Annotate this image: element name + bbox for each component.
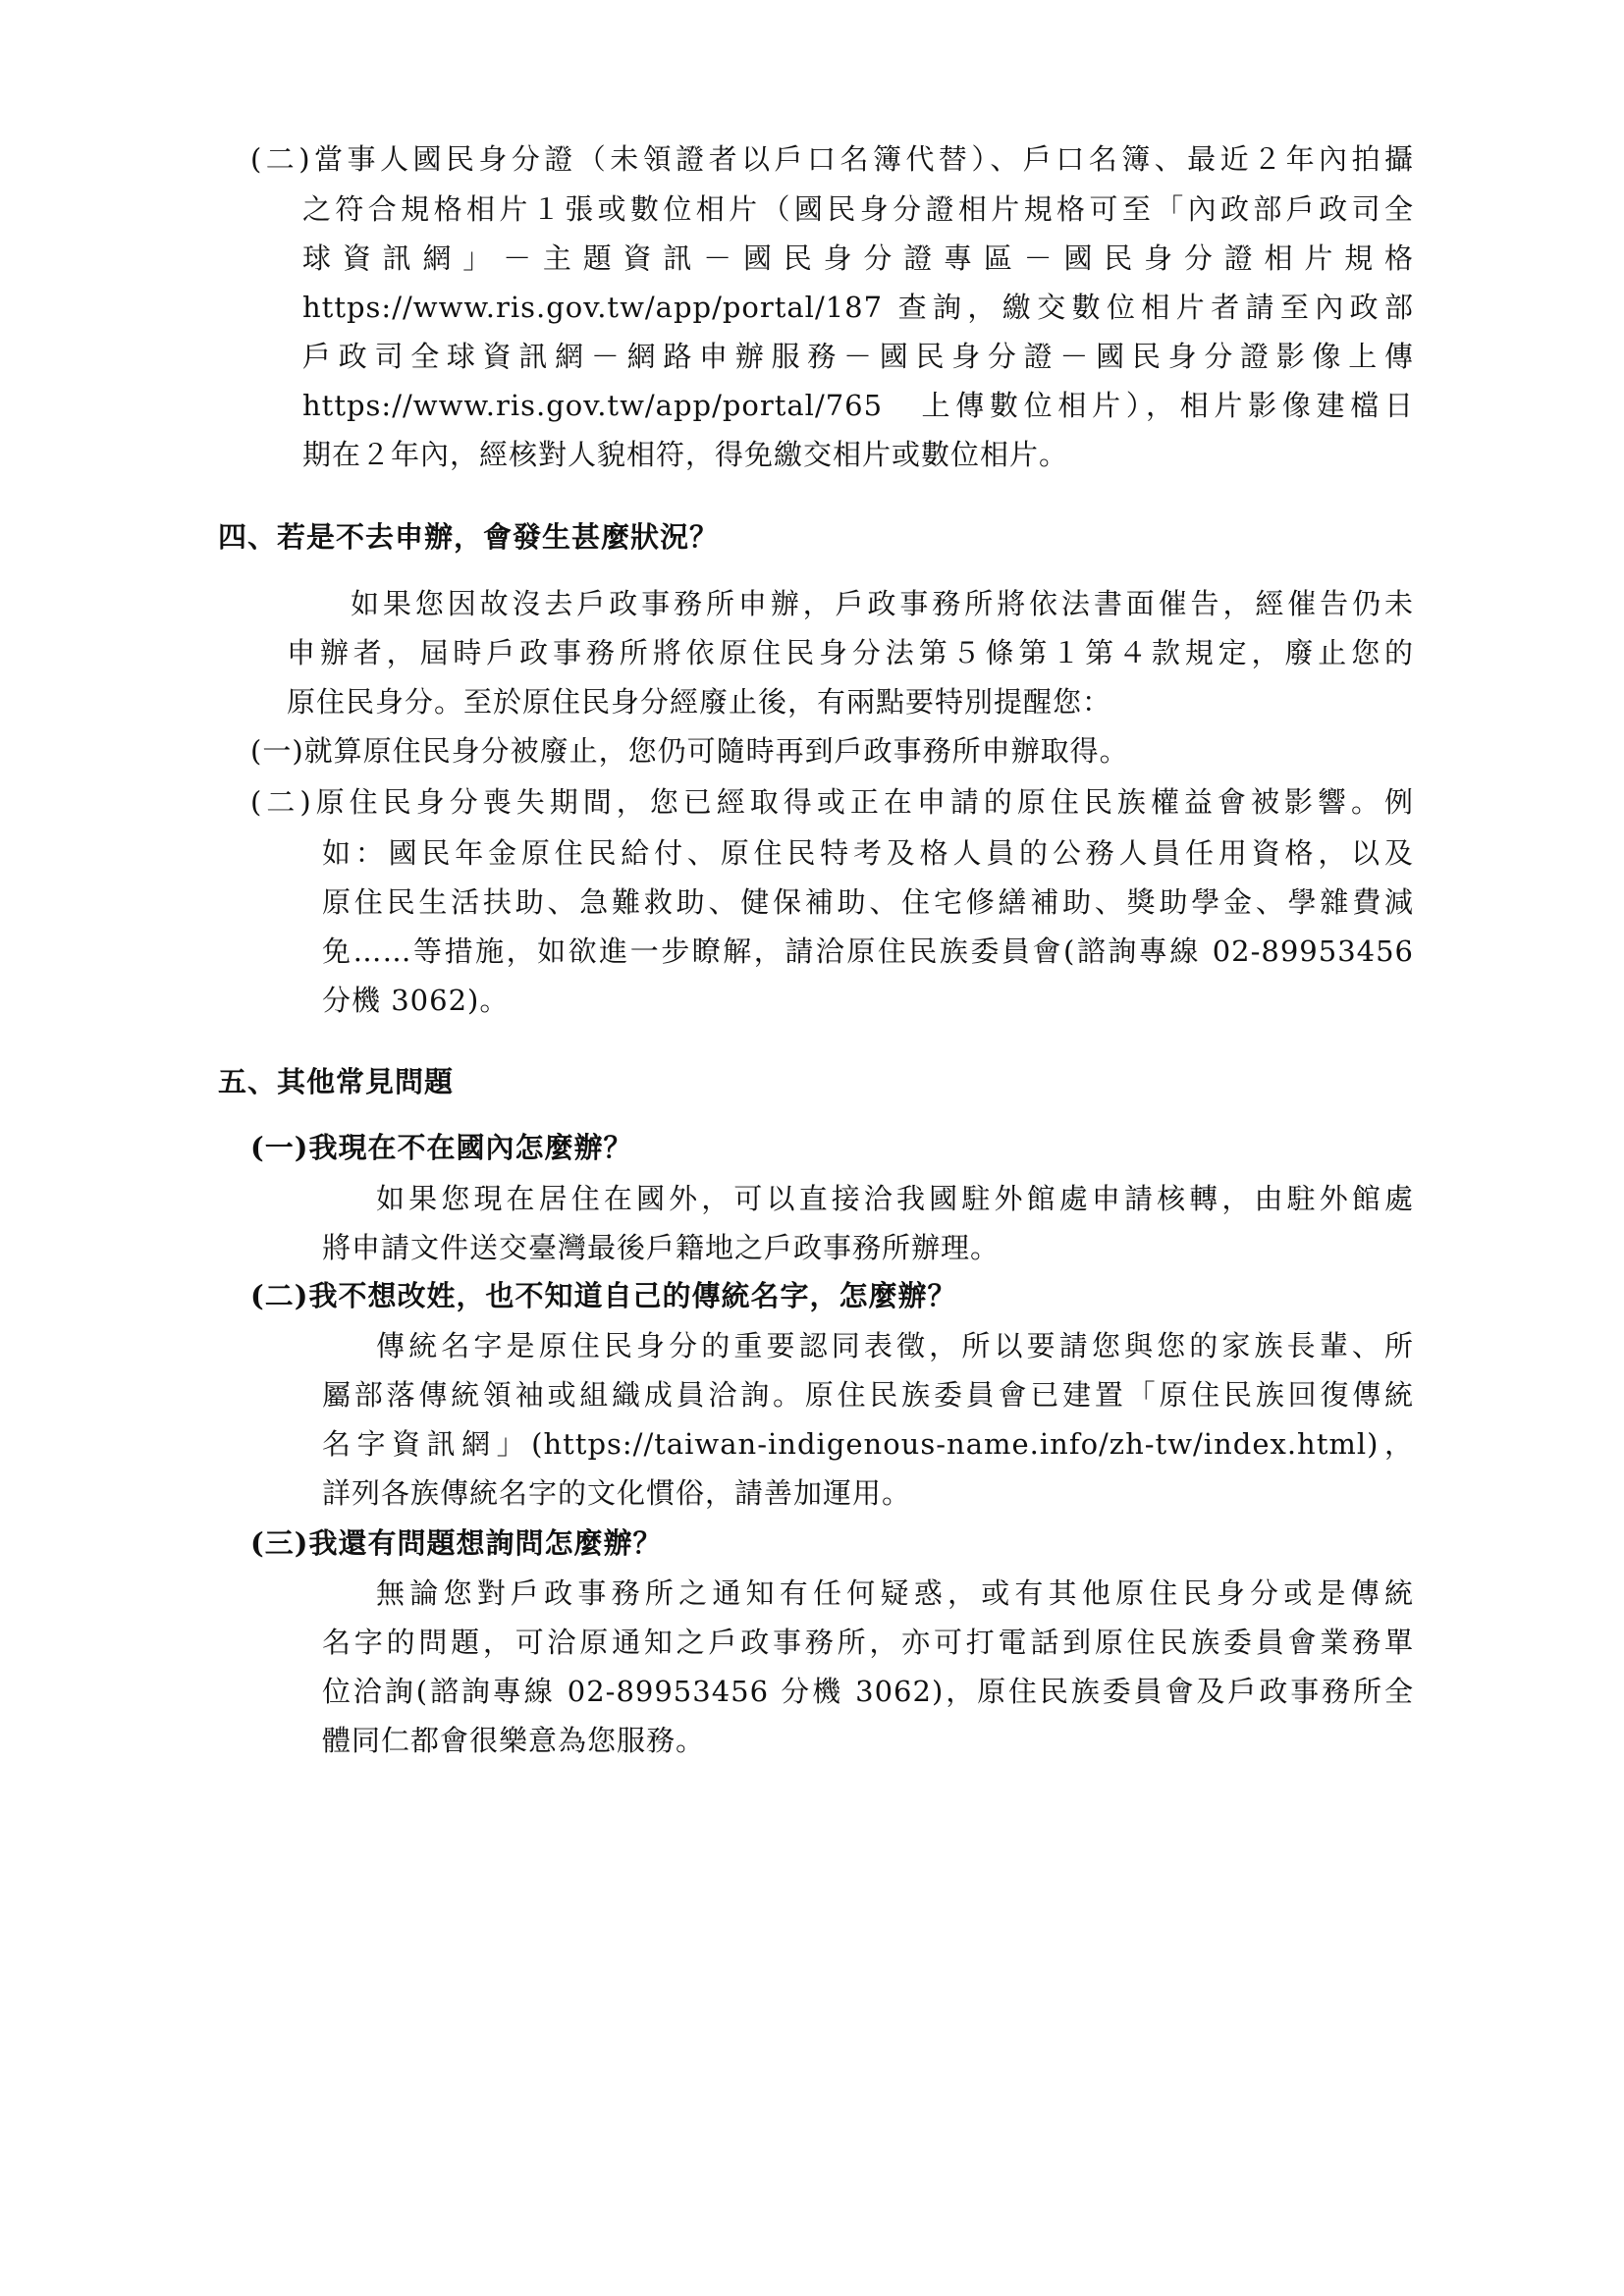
paragraph-line: 名字的問題，可洽原通知之戶政事務所，亦可打電話到原住民族委員會業務單 [322, 1626, 1414, 1659]
url-line: https://www.ris.gov.tw/app/portal/765 上傳… [302, 389, 1414, 422]
url-line: https://www.ris.gov.tw/app/portal/187 查詢… [302, 291, 1414, 324]
paragraph-line: 之符合規格相片１張或數位相片（國民身分證相片規格可至「內政部戶政司全 [302, 192, 1414, 226]
paragraph-line: 球資訊網」－主題資訊－國民身分證專區－國民身分證相片規格 [302, 241, 1414, 275]
paragraph-line: 將申請文件送交臺灣最後戶籍地之戶政事務所辦理。 [322, 1231, 1000, 1264]
paragraph-line: 位洽詢(諮詢專線 02-89953456 分機 3062)，原住民族委員會及戶政… [322, 1675, 1414, 1708]
question-title: (二)我不想改姓，也不知道自己的傳統名字，怎麼辦？ [250, 1279, 956, 1312]
paragraph-line: 申辦者，屆時戶政事務所將依原住民身分法第５條第１第４款規定，廢止您的 [287, 636, 1414, 669]
paragraph-line: 傳統名字是原住民身分的重要認同表徵，所以要請您與您的家族長輩、所 [376, 1329, 1414, 1362]
question-title: (三)我還有問題想詢問怎麼辦？ [250, 1526, 662, 1560]
paragraph-line: 如：國民年金原住民給付、原住民特考及格人員的公務人員任用資格，以及 [322, 836, 1414, 870]
paragraph-line: 原住民生活扶助、急難救助、健保補助、住宅修繕補助、獎助學金、學雜費減 [322, 885, 1414, 919]
paragraph-line: 免……等措施，如欲進一步瞭解，請洽原住民族委員會(諮詢專線 02-8995345… [322, 934, 1414, 968]
question-title: (一)我現在不在國內怎麼辦？ [250, 1131, 632, 1164]
paragraph-line: (二)當事人國民身分證（未領證者以戶口名簿代替）、戶口名簿、最近２年內拍攝 [250, 142, 1414, 176]
paragraph-line: 戶政司全球資訊網－網路申辦服務－國民身分證－國民身分證影像上傳 [302, 340, 1414, 373]
paragraph-line: 詳列各族傳統名字的文化慣俗，請善加運用。 [322, 1476, 911, 1510]
section-heading: 四、若是不去申辦，會發生甚麼狀況？ [218, 520, 719, 554]
paragraph-line: 無論您對戶政事務所之通知有任何疑惑，或有其他原住民身分或是傳統 [376, 1576, 1414, 1610]
paragraph-line: 如果您現在居住在國外，可以直接洽我國駐外館處申請核轉，由駐外館處 [376, 1182, 1414, 1215]
paragraph-line: 分機 3062)。 [322, 984, 509, 1017]
document-page: (二)當事人國民身分證（未領證者以戶口名簿代替）、戶口名簿、最近２年內拍攝 之符… [0, 0, 1624, 2296]
paragraph-line: 原住民身分。至於原住民身分經廢止後，有兩點要特別提醒您： [287, 685, 1111, 719]
paragraph-line: 屬部落傳統領袖或組織成員洽詢。原住民族委員會已建置「原住民族回復傳統 [322, 1378, 1414, 1412]
list-item: (二)原住民身分喪失期間，您已經取得或正在申請的原住民族權益會被影響。例 [250, 785, 1414, 819]
list-item: (一)就算原住民身分被廢止，您仍可隨時再到戶政事務所申辦取得。 [250, 734, 1129, 768]
paragraph-line: 體同仁都會很樂意為您服務。 [322, 1724, 705, 1757]
url-line: 名字資訊網」(https://taiwan-indigenous-name.in… [322, 1427, 1414, 1461]
paragraph-line: 如果您因故沒去戶政事務所申辦，戶政事務所將依法書面催告，經催告仍未 [351, 587, 1414, 620]
section-heading: 五、其他常見問題 [218, 1065, 454, 1098]
paragraph-line: 期在２年內，經核對人貌相符，得免繳交相片或數位相片。 [302, 438, 1068, 471]
